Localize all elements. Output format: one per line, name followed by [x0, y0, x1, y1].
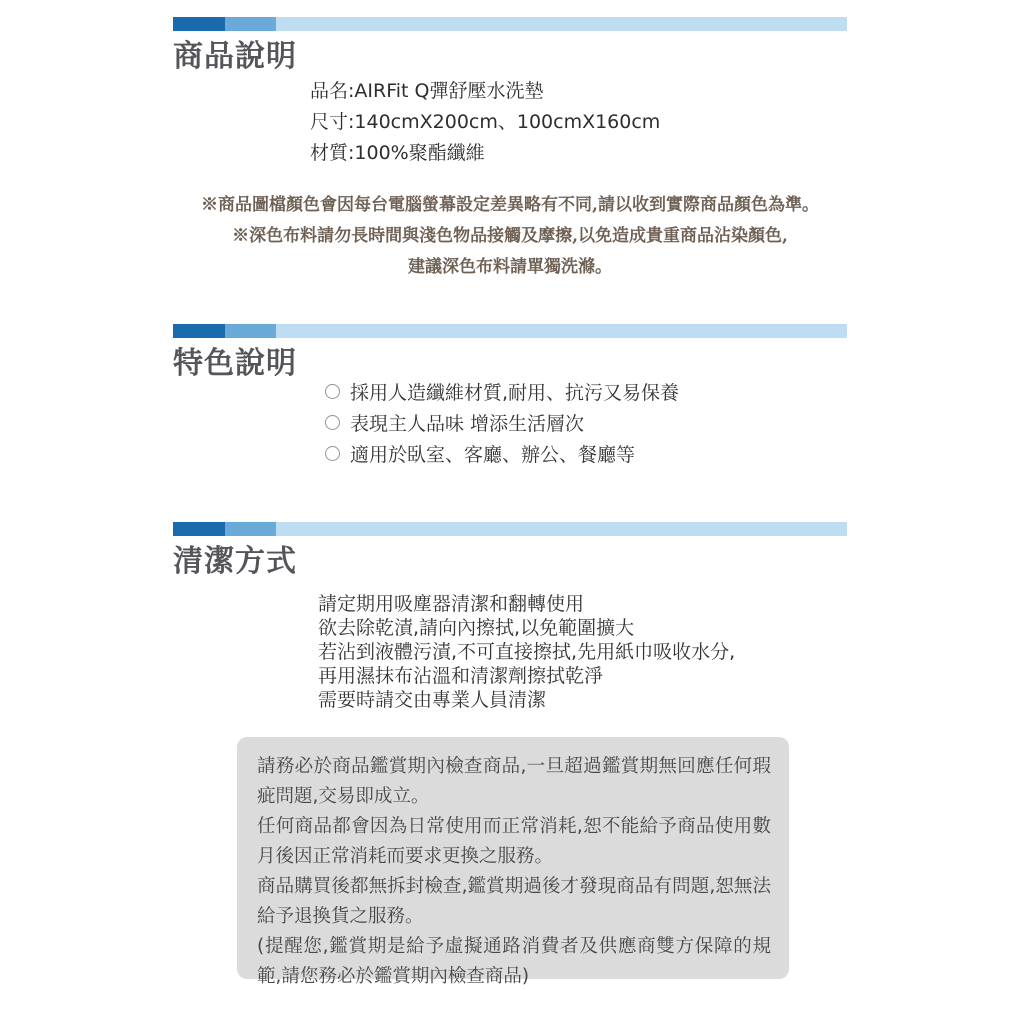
product-name-line: 品名:AIRFit Q彈舒壓水洗墊 — [310, 76, 660, 107]
disclaimer-paragraph: (提醒您,鑑賞期是給予虛擬通路消費者及供應商雙方保障的規範,請您務必於鑑賞期內檢… — [257, 932, 771, 992]
cleaning-section-bar — [173, 522, 847, 536]
bar-segment-medium — [225, 17, 276, 31]
bar-segment-medium — [225, 324, 276, 338]
bar-segment-light — [276, 17, 847, 31]
cleaning-line: 欲去除乾漬,請向內擦拭,以免範圍擴大 — [318, 616, 735, 640]
bar-segment-dark — [173, 17, 225, 31]
wash-separately-note: 建議深色布料請單獨洗滌。 — [173, 252, 847, 283]
product-section-bar — [173, 17, 847, 31]
feature-text: 適用於臥室、客廳、辦公、餐廳等 — [350, 440, 635, 467]
product-size-line: 尺寸:140cmX200cm、100cmX160cm — [310, 107, 660, 138]
cleaning-section-title: 清潔方式 — [173, 545, 297, 579]
cleaning-instructions: 請定期用吸塵器清潔和翻轉使用 欲去除乾漬,請向內擦拭,以免範圍擴大 若沾到液體污… — [318, 592, 735, 712]
list-item: 表現主人品味 增添生活層次 — [325, 407, 679, 438]
product-material-line: 材質:100%聚酯纖維 — [310, 138, 660, 169]
cleaning-line: 需要時請交由專業人員清潔 — [318, 688, 735, 712]
bar-segment-dark — [173, 522, 225, 536]
feature-text: 採用人造纖維材質,耐用、抗污又易保養 — [350, 378, 679, 405]
cleaning-line: 請定期用吸塵器清潔和翻轉使用 — [318, 592, 735, 616]
circle-bullet-icon — [325, 415, 340, 430]
features-section-bar — [173, 324, 847, 338]
disclaimer-paragraph: 商品購買後都無拆封檢查,鑑賞期過後才發現商品有問題,恕無法給予退換貨之服務。 — [257, 872, 771, 932]
cleaning-line: 再用濕抹布沾溫和清潔劑擦拭乾淨 — [318, 664, 735, 688]
feature-list: 採用人造纖維材質,耐用、抗污又易保養 表現主人品味 增添生活層次 適用於臥室、客… — [325, 376, 679, 469]
circle-bullet-icon — [325, 446, 340, 461]
bar-segment-light — [276, 324, 847, 338]
disclaimer-paragraph: 請務必於商品鑑賞期內檢查商品,一旦超過鑑賞期無回應任何瑕疵問題,交易即成立。 — [257, 752, 771, 812]
feature-text: 表現主人品味 增添生活層次 — [350, 409, 584, 436]
product-info-block: 品名:AIRFit Q彈舒壓水洗墊 尺寸:140cmX200cm、100cmX1… — [310, 76, 660, 169]
bar-segment-dark — [173, 324, 225, 338]
bar-segment-light — [276, 522, 847, 536]
list-item: 採用人造纖維材質,耐用、抗污又易保養 — [325, 376, 679, 407]
disclaimer-box: 請務必於商品鑑賞期內檢查商品,一旦超過鑑賞期無回應任何瑕疵問題,交易即成立。 任… — [237, 737, 789, 979]
features-section-title: 特色說明 — [173, 347, 297, 381]
product-section-title: 商品說明 — [173, 40, 297, 74]
dark-fabric-note: ※深色布料請勿長時間與淺色物品接觸及摩擦,以免造成貴重商品沾染顏色, — [173, 221, 847, 252]
list-item: 適用於臥室、客廳、辦公、餐廳等 — [325, 438, 679, 469]
color-difference-note: ※商品圖檔顏色會因每台電腦螢幕設定差異略有不同,請以收到實際商品顏色為準。 — [173, 190, 847, 221]
cleaning-line: 若沾到液體污漬,不可直接擦拭,先用紙巾吸收水分, — [318, 640, 735, 664]
product-notes-block: ※商品圖檔顏色會因每台電腦螢幕設定差異略有不同,請以收到實際商品顏色為準。 ※深… — [173, 190, 847, 283]
circle-bullet-icon — [325, 384, 340, 399]
disclaimer-paragraph: 任何商品都會因為日常使用而正常消耗,恕不能給予商品使用數月後因正常消耗而要求更換… — [257, 812, 771, 872]
bar-segment-medium — [225, 522, 276, 536]
